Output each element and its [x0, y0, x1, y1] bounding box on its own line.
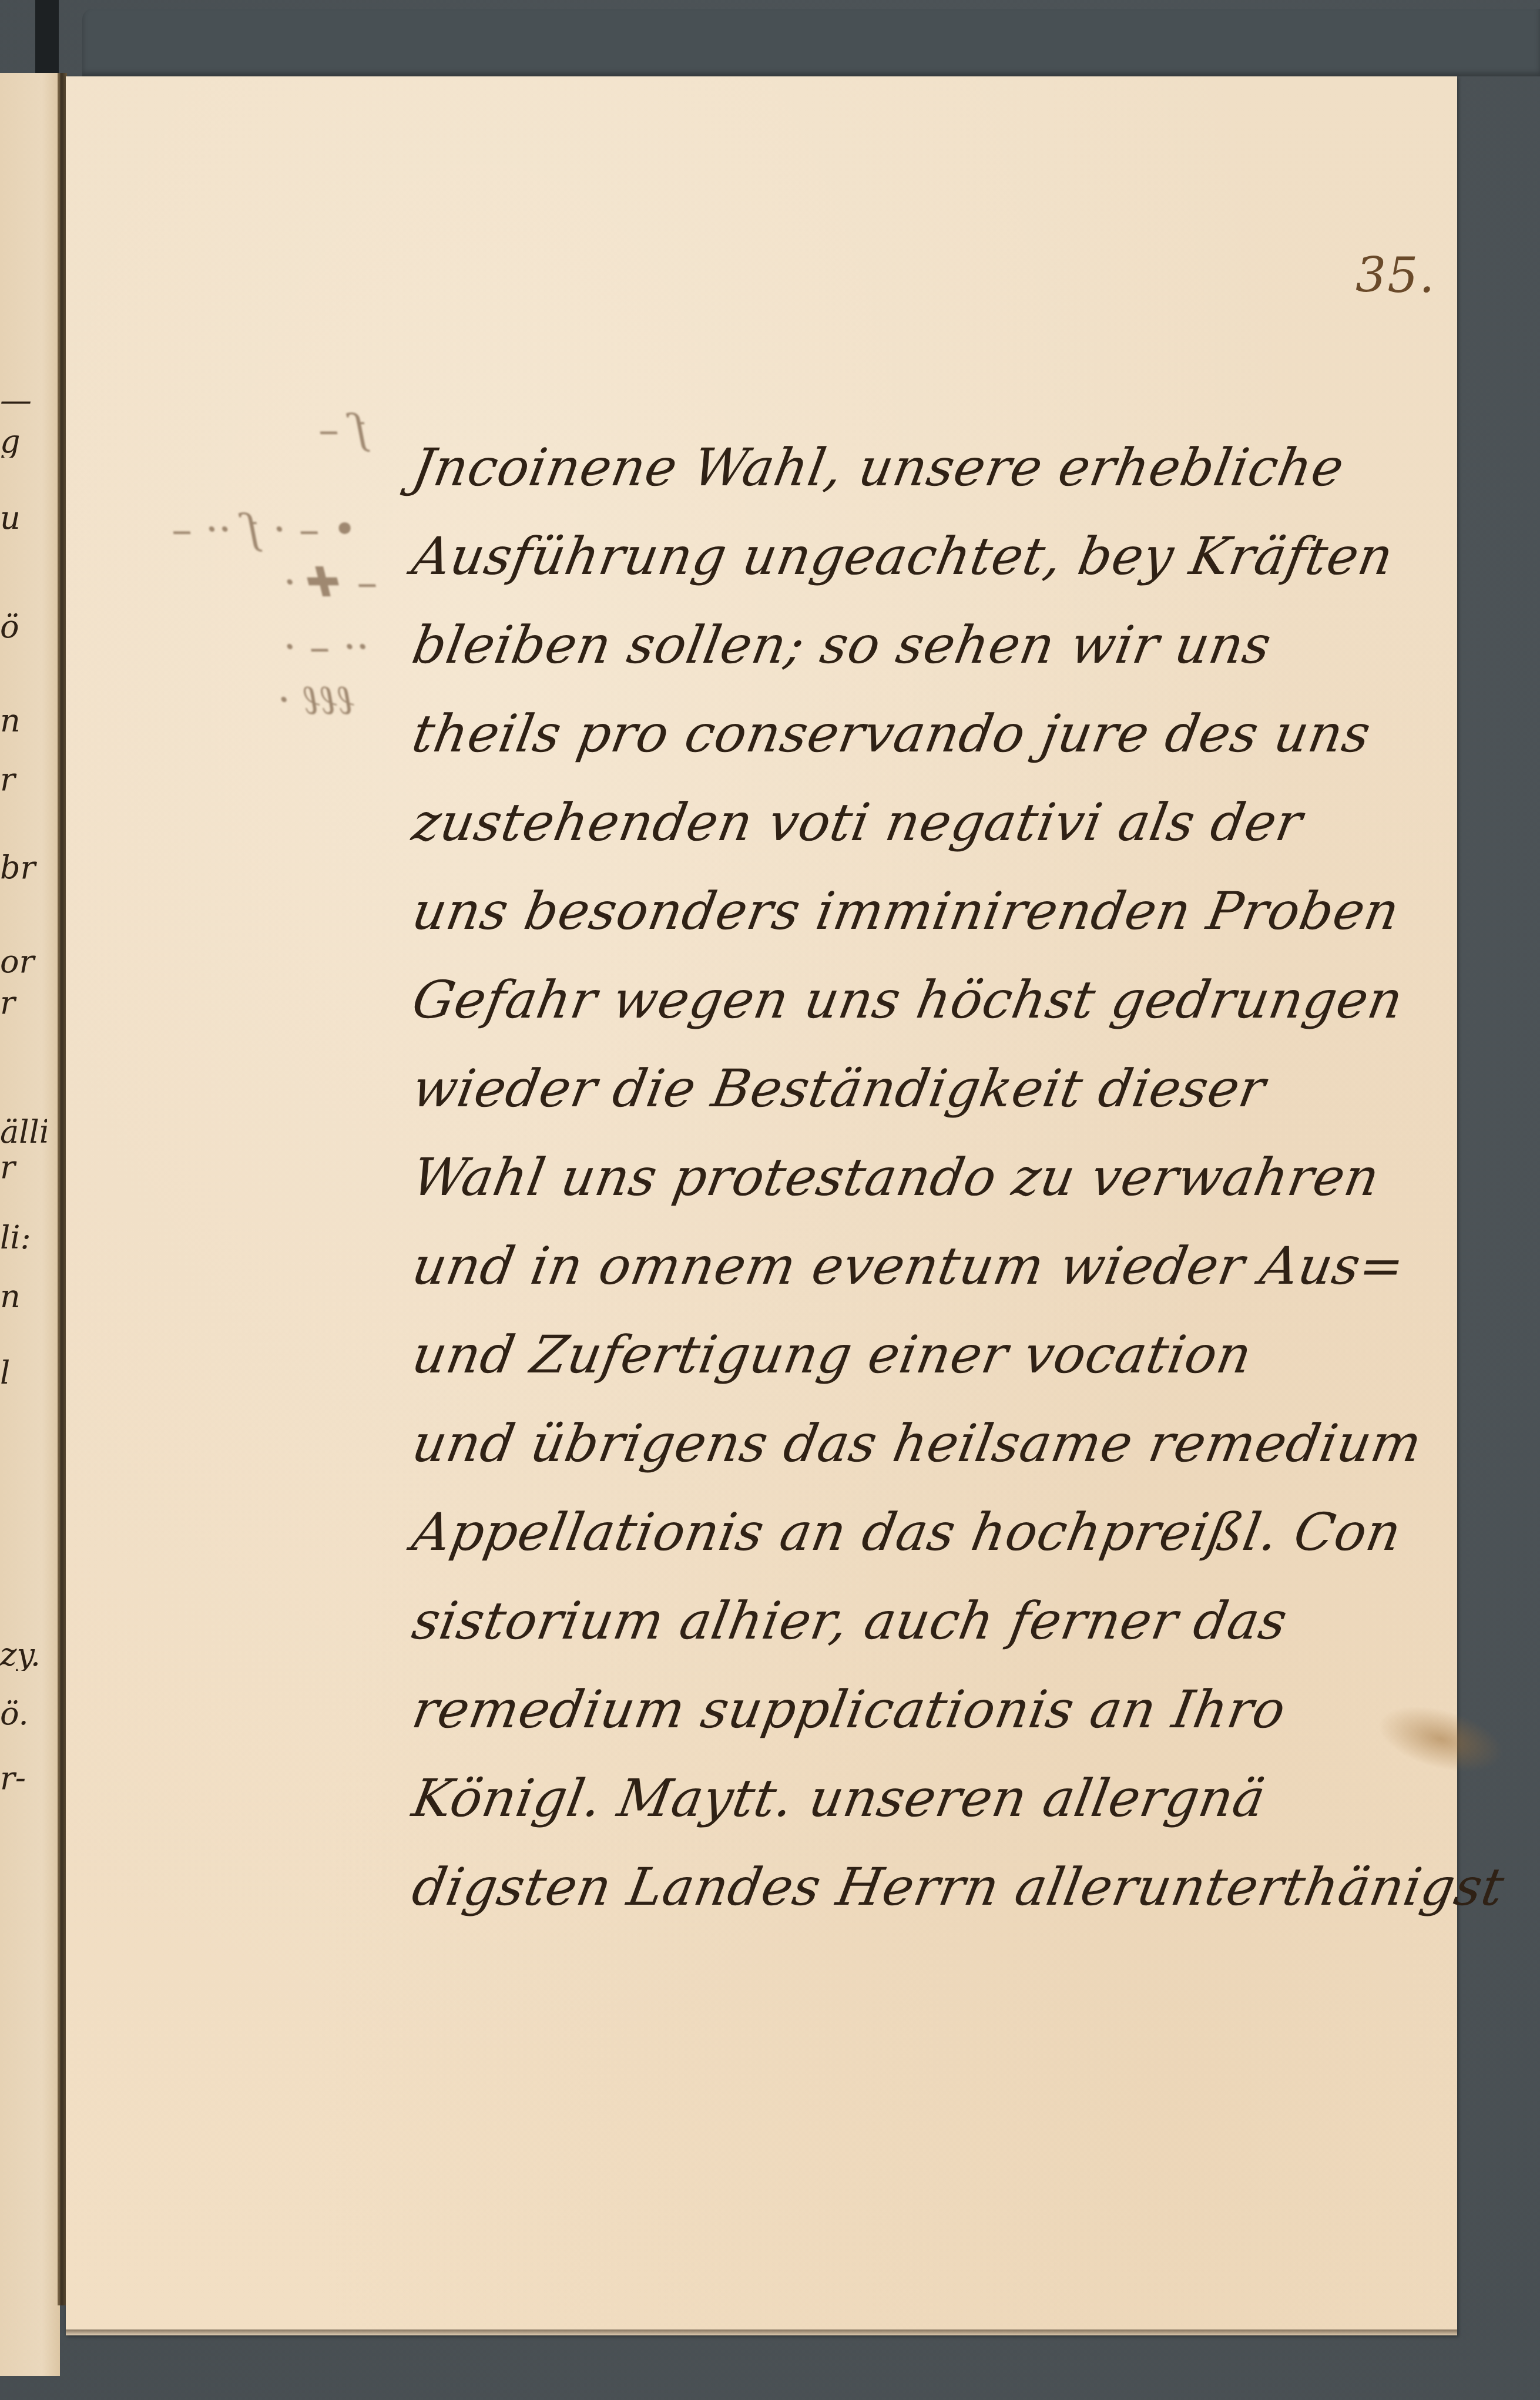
- previous-page-text-fragment: l: [0, 1357, 47, 1389]
- spine-gap: [35, 0, 59, 73]
- previous-page-text-fragment: n: [0, 705, 47, 737]
- previous-page-text-fragment: li:: [0, 1222, 47, 1254]
- show-through-ink: – ✚ ·: [283, 558, 377, 606]
- page-bottom-edge: [66, 2329, 1457, 2337]
- previous-page-text-fragment: g: [0, 426, 47, 458]
- text-line-14: sistorium alhier, auch ferner das: [405, 1576, 1473, 1665]
- cover-top-edge: [82, 9, 1540, 76]
- text-line-16: Königl. Maytt. unseren allergnä: [405, 1754, 1473, 1842]
- previous-page-text-fragment: r: [0, 987, 47, 1019]
- text-line-7: Gefahr wegen uns höchst gedrungen: [405, 955, 1473, 1044]
- show-through-ink: • – · ſ ·· –: [172, 505, 357, 553]
- previous-page-text-fragment: u: [0, 502, 47, 534]
- previous-page-text-fragment: r-: [0, 1763, 47, 1794]
- text-line-10: und in omnem eventum wieder Aus=: [405, 1221, 1473, 1310]
- previous-page-text-fragment: —: [0, 385, 47, 417]
- text-line-8: wieder die Beständigkeit dieser: [405, 1044, 1473, 1133]
- text-line-9: Wahl uns protestando zu verwahren: [405, 1133, 1473, 1221]
- text-line-11: und Zufertigung einer vocation: [405, 1310, 1473, 1399]
- text-line-12: und übrigens das heilsame remedium: [405, 1399, 1473, 1488]
- previous-page-text-fragment: br: [0, 852, 47, 884]
- text-line-15: remedium supplicationis an Ihro: [405, 1665, 1473, 1754]
- previous-page-text-fragment: or: [0, 946, 47, 978]
- folio-number: 35.: [1356, 248, 1435, 304]
- previous-page-text-fragment: zy.: [0, 1639, 47, 1671]
- show-through-ink: ℓℓℓ ·: [277, 676, 355, 724]
- text-line-1: Jncoinene Wahl, unsere erhebliche: [405, 423, 1473, 512]
- show-through-ink: ·· – ·: [283, 623, 369, 671]
- text-line-4: theils pro conservando jure des uns: [405, 689, 1473, 778]
- previous-page-text-fragment: ö.: [0, 1698, 47, 1730]
- text-line-6: uns besonders imminirenden Proben: [405, 867, 1473, 955]
- text-line-13: Appellationis an das hochpreißl. Con: [405, 1488, 1473, 1576]
- text-line-5: zustehenden voti negativi als der: [405, 778, 1473, 867]
- text-line-3: bleiben sollen; so sehen wir uns: [405, 600, 1473, 689]
- previous-page-edge: —guönrbrorrälligrli:nlzy.ö.r-: [0, 73, 60, 2376]
- handwritten-text-block: Jncoinene Wahl, unsere erhebliche Ausfüh…: [405, 423, 1457, 1931]
- show-through-ink: ſ –: [318, 405, 367, 454]
- previous-page-text-fragment: ällig: [0, 1116, 47, 1148]
- previous-page-text-fragment: r: [0, 1152, 47, 1183]
- previous-page-text-fragment: ö: [0, 611, 47, 643]
- text-line-2: Ausführung ungeachtet, bey Kräften: [405, 512, 1473, 600]
- previous-page-text-fragment: n: [0, 1281, 47, 1313]
- text-line-17: digsten Landes Herrn allerunterthänigst: [405, 1842, 1473, 1931]
- previous-page-text-fragment: r: [0, 764, 47, 795]
